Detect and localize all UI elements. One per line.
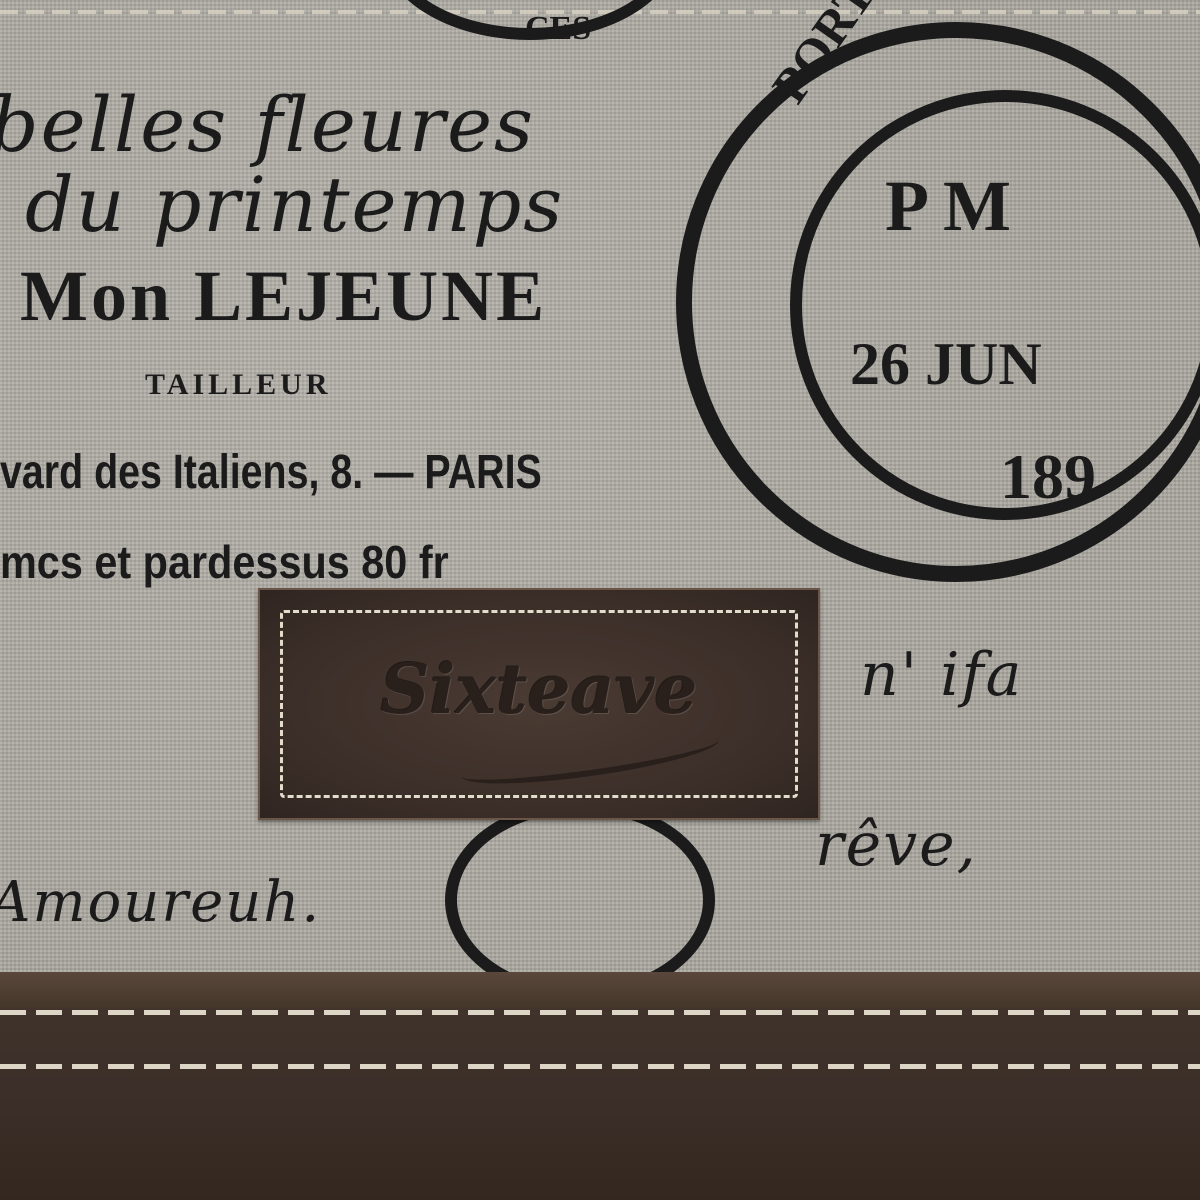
script-right-2: rêve, bbox=[815, 810, 978, 880]
leather-brand-patch: Sixteave bbox=[258, 588, 820, 820]
postmark-year: 189 bbox=[1000, 440, 1096, 514]
postmark-date: 26 JUN bbox=[850, 330, 1042, 399]
script-line-1: belles fleures bbox=[0, 80, 535, 169]
postmark-center-text: P M bbox=[885, 165, 1011, 248]
leather-stitch-row-top bbox=[0, 1010, 1200, 1015]
leather-stitch-row-bottom bbox=[0, 1064, 1200, 1069]
address-line: vard des Italiens, 8. — PARIS bbox=[0, 445, 542, 500]
postmark-inner-ring bbox=[790, 90, 1200, 520]
tailor-name-heading: Mon LEJEUNE bbox=[20, 255, 547, 338]
script-right-1: n' ifa bbox=[860, 640, 1023, 710]
tailleur-subheading: TAILLEUR bbox=[145, 368, 331, 402]
price-line: mcs et pardessus 80 fr bbox=[0, 535, 449, 589]
top-stamp-text: CES bbox=[525, 10, 591, 48]
leather-trim-edge bbox=[0, 972, 1200, 1008]
bottom-postmark bbox=[445, 800, 715, 1000]
script-line-2: du printemps bbox=[25, 160, 564, 249]
brand-logo: Sixteave bbox=[260, 650, 818, 730]
script-bottom-left: Amoureuh. bbox=[0, 870, 321, 935]
